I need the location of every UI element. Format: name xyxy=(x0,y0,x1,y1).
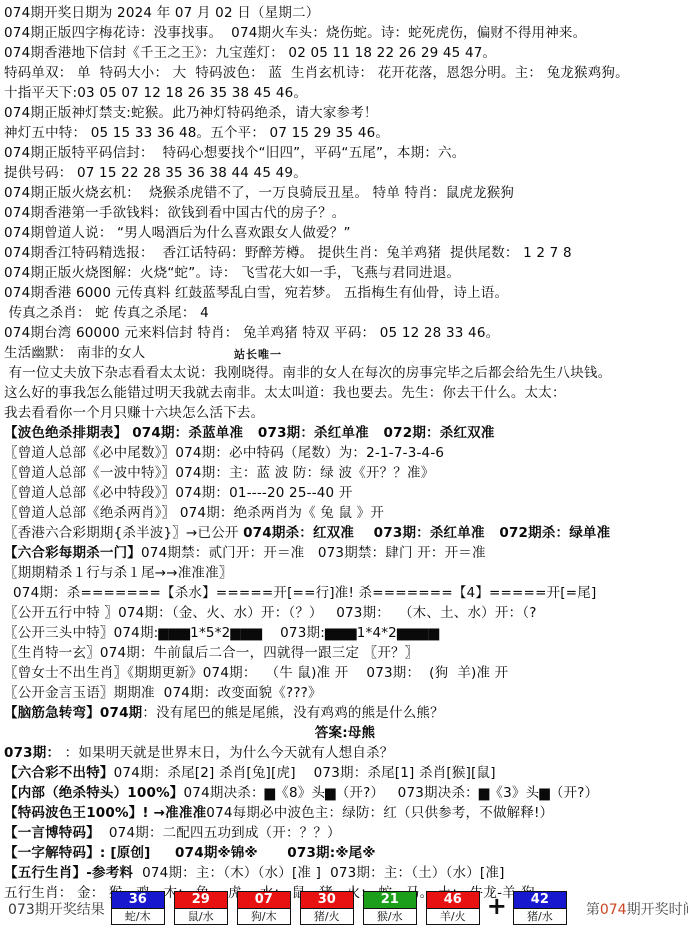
text-line: 074期曾道人说： “男人喝酒后为什么喜欢跟女人做爱？” xyxy=(4,223,686,243)
text-line: 【波色绝杀排期表】 074期：杀蓝单准 073期：杀红单准 072期：杀红双准 xyxy=(4,423,686,443)
text-line: 【脑筋急转弯】074期：没有尾巴的熊是尾熊，没有鸡鸡的熊是什么熊？ xyxy=(4,703,686,723)
lottery-tips-document: 074期开奖日期为 2024 年 07 月 02 日（星期二） 074期正版四字… xyxy=(0,0,688,903)
next-draw-issue: 074 xyxy=(600,902,627,918)
text-line: 【一字解特码】: [原创] 074期※锦※ 073期:※尾※ xyxy=(4,843,686,863)
text-line: 有一位丈夫放下杂志看看太太说：我刚晓得。南非的女人在每次的房事完毕之后都会给先生… xyxy=(4,363,686,383)
text-line: 【六合彩每期杀一门】074期禁：贰门开：开＝准 073期禁：肆门 开：开＝准 xyxy=(4,543,686,563)
ball-zodiac-element: 狗/木 xyxy=(238,909,290,924)
text-line: 【六合彩不出特】074期：杀尾[2] 杀肖[兔][虎] 073期：杀尾[1] 杀… xyxy=(4,763,686,783)
ball-zodiac-element: 猴/水 xyxy=(364,909,416,924)
special-ball: 42 猪/水 xyxy=(513,891,567,925)
ball-zodiac-element: 蛇/木 xyxy=(112,909,164,924)
text-line: 【一言博特码】 074期：二配四五功到成（开：？？） xyxy=(4,823,686,843)
ball-number: 21 xyxy=(364,892,416,909)
text-line: 074期：杀=======【杀水】=====开[==行]准! 杀=======【… xyxy=(4,583,686,603)
result-ball: 30 猪/火 xyxy=(300,891,354,925)
plus-sign: + xyxy=(487,891,507,921)
text-line: 〖曾道人总部《一波中特》〗074期：主：蓝 波 防：绿 波《开？？准》 xyxy=(4,463,686,483)
text-line: 〖曾道人总部《必中特段》〗074期：01----20 25--40 开 xyxy=(4,483,686,503)
text-line: 074期正版特平码信封： 特码心想要找个“旧四”，平码“五尾”，本期：六。 xyxy=(4,143,686,163)
result-ball: 29 鼠/水 xyxy=(174,891,228,925)
text-line: 〖公开金言玉语〗期期准 074期：改变面貌《???》 xyxy=(4,683,686,703)
text-line: 074期香港地下信封《千王之王》：九宝莲灯： 02 05 11 18 22 26… xyxy=(4,43,686,63)
text-line: 〖生肖特一玄〗074期：牛前鼠后二合一，四就得一跟三定 〖开？〗 xyxy=(4,643,686,663)
draw-result-label: 073期开奖结果 xyxy=(0,891,111,919)
text-line: 074期开奖日期为 2024 年 07 月 02 日（星期二） xyxy=(4,3,686,23)
text-line: 074期香港 6000 元传真料 红鼓蓝琴乱白雪，宛若梦。 五指梅生有仙骨，诗上… xyxy=(4,283,686,303)
ball-number: 46 xyxy=(427,892,479,909)
next-draw-text: 第 xyxy=(586,902,600,918)
text-line: 074期正版火烧玄机： 烧猴杀虎错不了，一万良骑辰丑星。 特单 特肖：鼠虎龙猴狗 xyxy=(4,183,686,203)
text-line: 074期香港第一手欲钱料：欲钱到看中国古代的房子？。 xyxy=(4,203,686,223)
text-line: 074期台湾 60000 元来料信封 特肖： 兔羊鸡猪 特双 平码： 05 12… xyxy=(4,323,686,343)
text-line: 传真之杀肖： 蛇 传真之杀尾： 4 xyxy=(4,303,686,323)
text-line: 这么好的事我怎么能错过明天我就去南非。太太叫道：我也要去。先生：你去干什么。太太… xyxy=(4,383,686,403)
ball-zodiac-element: 猪/水 xyxy=(514,909,566,924)
text-line: 〖曾女士不出生肖〗《期期更新》074期： （牛 鼠)准 开 073期： (狗 羊… xyxy=(4,663,686,683)
text-line: 【特码波色王100%】! →准准准074每期必中波色主：绿防：红（只供参考，不做… xyxy=(4,803,686,823)
text-line: 生活幽默： 南非的女人 xyxy=(4,343,686,363)
text-line: 〖香港六合彩期期{杀半波}〗→已公开 074期杀：红双准 073期：杀红单准 0… xyxy=(4,523,686,543)
next-draw-info: 第074期开奖时间07月02日 星期二21:30 xyxy=(576,891,688,919)
text-line: 十指平天下:03 05 07 12 18 26 35 38 45 46。 xyxy=(4,83,686,103)
text-line: 〖曾道人总部《必中尾数》〗074期：必中特码（尾数）为：2-1-7-3-4-6 xyxy=(4,443,686,463)
text-line: 〖期期精杀１行与杀１尾→→准准准〗 xyxy=(4,563,686,583)
ball-number: 30 xyxy=(301,892,353,909)
ball-zodiac-element: 羊/火 xyxy=(427,909,479,924)
text-line: 〖公开三头中特〗074期:▆▆▆1*5*2▆▆▆ 073期:▆▆▆1*4*2▆▆… xyxy=(4,623,686,643)
text-line: 073期： ：如果明天就是世界末日，为什么今天就有人想自杀？ xyxy=(4,743,686,763)
text-line: 特码单双： 单 特码大小： 大 特码波色： 蓝 生肖玄机诗： 花开花落，恩怨分明… xyxy=(4,63,686,83)
watermark-note: 站长唯一 xyxy=(234,346,282,362)
text-line: 074期正版神灯禁支:蛇猴。此乃神灯特码绝杀，请大家参考！ xyxy=(4,103,686,123)
draw-result-bar: 073期开奖结果 36 蛇/木 29 鼠/水 07 狗/木 30 猪/火 21 … xyxy=(0,891,688,927)
text-line: 提供号码： 07 15 22 28 35 36 38 44 45 49。 xyxy=(4,163,686,183)
result-ball: 21 猴/水 xyxy=(363,891,417,925)
result-ball: 36 蛇/木 xyxy=(111,891,165,925)
ball-number: 42 xyxy=(514,892,566,909)
text-line: 074期香江特码精选报： 香江话特码：野醉芳樽。 提供生肖：兔羊鸡猪 提供尾数：… xyxy=(4,243,686,263)
ball-number: 36 xyxy=(112,892,164,909)
text-line: 我去看看你一个月只赚十六块怎么活下去。 xyxy=(4,403,686,423)
text-line: 〖曾道人总部《绝杀两肖》〗 074期：绝杀两肖为《 兔 鼠 》开 xyxy=(4,503,686,523)
result-ball: 46 羊/火 xyxy=(426,891,480,925)
text-line: 【五行生肖】-参考料 074期：主：（木）（水）[准 ] 073期：主：（土）（… xyxy=(4,863,686,883)
ball-number: 07 xyxy=(238,892,290,909)
text-line: 神灯五中特： 05 15 33 36 48。五个平： 07 15 29 35 4… xyxy=(4,123,686,143)
text-line: 074期正版火烧图解：火烧“蛇”。诗： 飞雪花大如一手，飞燕与君同进退。 xyxy=(4,263,686,283)
riddle-answer-line: 答案:母熊 xyxy=(4,723,686,743)
ball-zodiac-element: 猪/火 xyxy=(301,909,353,924)
ball-zodiac-element: 鼠/水 xyxy=(175,909,227,924)
text-line: 074期正版四字梅花诗：没事找事。 074期火车头：烧伤蛇。诗：蛇死虎伤，偏财不… xyxy=(4,23,686,43)
text-line: 〖公开五行中特 〗074期：（金、火、水）开：（？） 073期： （木、土、水）… xyxy=(4,603,686,623)
ball-number: 29 xyxy=(175,892,227,909)
text-line: 【内部（绝杀特头）100%】074期决杀：▆《8》头▆（开?） 073期决杀：▆… xyxy=(4,783,686,803)
next-draw-text: 期开奖时间 xyxy=(627,902,688,918)
result-ball: 07 狗/木 xyxy=(237,891,291,925)
